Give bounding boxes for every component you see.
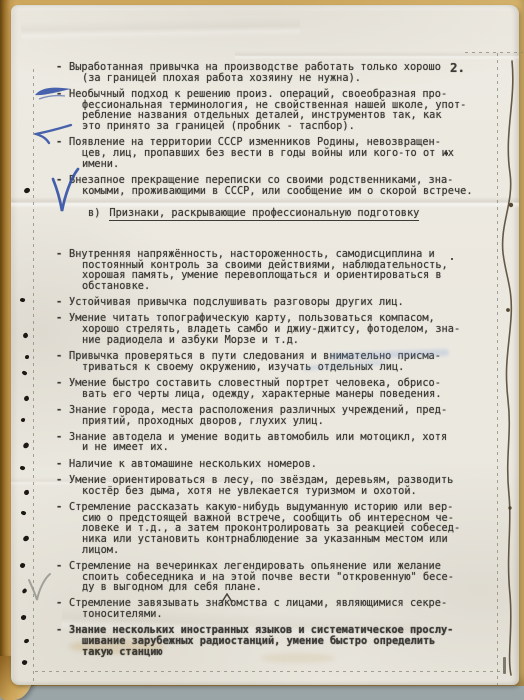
bullet-text: Стремление рассказать какую-нибудь выдум… xyxy=(69,502,484,556)
bullet-line: Стремление на вечеринках легендировать о… xyxy=(69,561,484,572)
bullet-text: Появление на территории СССР изменников … xyxy=(69,137,484,169)
stitch-hole xyxy=(25,355,30,360)
list-item: -Умение ориентироваться в лесу, по звёзд… xyxy=(56,475,484,496)
bullet-text: Наличие к автомашине нескольких номеров. xyxy=(69,459,484,470)
bullet-line: Необычный подход к решению произ. операц… xyxy=(69,89,484,100)
list-item: -Знание города, места расположения разли… xyxy=(56,405,484,426)
bullet-line: триваться к своему окружению, изучать от… xyxy=(69,362,484,373)
stitch-hole xyxy=(20,510,26,516)
list-item: -Стремление рассказать какую-нибудь выду… xyxy=(56,502,484,556)
list-item: -Стремление завязывать знакомства с лица… xyxy=(56,598,484,619)
stitch-hole xyxy=(21,659,28,666)
bottom-dashed-line xyxy=(35,671,505,672)
heading-prefix: в) xyxy=(88,207,100,219)
list-item: -Стремление на вечеринках легендировать … xyxy=(56,561,484,593)
bullet-text: Устойчивая привычка подслушивать разгово… xyxy=(69,297,484,308)
bullet-line: ние радиодела и азбуки Морзе и т.д. xyxy=(69,335,484,346)
bullet-line: ду в выгодном для себя плане. xyxy=(69,582,484,593)
bullet-dash: - xyxy=(56,89,69,132)
stitch-hole xyxy=(21,370,27,376)
bullet-dash: - xyxy=(56,378,69,399)
section-heading: в)Признаки, раскрывающие профессиональну… xyxy=(88,208,484,219)
stitch-hole xyxy=(22,332,29,339)
bullet-dash: - xyxy=(56,249,69,292)
stitch-hole xyxy=(19,465,25,471)
bullet-dash: - xyxy=(56,459,69,470)
bullet-line: приятий, проходных дворов, глухих улиц. xyxy=(69,416,484,427)
bullet-dash: - xyxy=(56,432,69,453)
bullet-line: Устойчивая привычка подслушивать разгово… xyxy=(69,297,484,308)
bullet-line: Внезапное прекращение переписки со своим… xyxy=(69,175,484,186)
bullet-line: (за границей плохая работа хозяину не ну… xyxy=(69,73,484,84)
list-item: -Устойчивая привычка подслушивать разгов… xyxy=(56,297,484,308)
bullet-line: имени. xyxy=(69,159,484,170)
bullet-text: Стремление на вечеринках легендировать о… xyxy=(69,561,484,593)
list-item: -Необычный подход к решению произ. опера… xyxy=(56,89,484,132)
list-item: -Знание нескольких иностранных языков и … xyxy=(56,625,484,657)
stitch-hole xyxy=(22,442,30,450)
document-page: 2. -Выработанная привычка на производств… xyxy=(11,5,519,685)
bullet-dash: - xyxy=(56,175,69,196)
bullet-text: Умение быстро составить словестный портр… xyxy=(69,378,484,399)
stitch-hole xyxy=(20,614,26,620)
bullet-list-main: -Внутренняя напряжённость, настороженнос… xyxy=(56,249,484,658)
left-margin-dashed-line xyxy=(33,69,34,681)
bullet-line: это принято за границей (пробник - таспб… xyxy=(69,121,484,132)
bullet-line: тоносителями. xyxy=(69,609,484,620)
bullet-line: такую станцию xyxy=(69,647,484,658)
bullet-line: ника или установить контрнаблюдение за у… xyxy=(69,534,484,545)
stitch-hole xyxy=(19,297,25,302)
bullet-dash: - xyxy=(56,405,69,426)
stitch-hole xyxy=(24,638,30,643)
scanned-page-scene: 2. -Выработанная привычка на производств… xyxy=(0,0,524,700)
bullet-line: обстановке. xyxy=(69,281,484,292)
bullet-line: костёр без дыма, хотя не увлекается тури… xyxy=(69,486,484,497)
bullet-dash: - xyxy=(56,502,69,556)
stitch-hole xyxy=(23,395,29,401)
bullet-text: Умение ориентироваться в лесу, по звёзда… xyxy=(69,475,484,496)
bullet-line: вать его черты лица, одежду, характерные… xyxy=(69,389,484,400)
stitch-hole xyxy=(21,588,27,594)
stitch-hole xyxy=(19,562,25,568)
bullet-line: лицом. xyxy=(69,545,484,556)
heading-title: Признаки, раскрывающие профессиональную … xyxy=(109,207,419,221)
text-block: -Выработанная привычка на производстве р… xyxy=(56,62,484,663)
list-item: -Выработанная привычка на производстве р… xyxy=(56,62,484,83)
bullet-line: Знание города, места расположения различ… xyxy=(69,405,484,416)
bullet-text: Умение читать топографическую карту, пол… xyxy=(69,313,484,345)
bullet-dash: - xyxy=(56,313,69,345)
stitch-hole xyxy=(22,535,30,542)
bullet-line: комыми, проживающими в СССР, или сообщен… xyxy=(69,186,484,197)
pencil-checkmark xyxy=(26,571,54,605)
bullet-list-top: -Выработанная привычка на производстве р… xyxy=(56,62,484,196)
bullet-dash: - xyxy=(56,598,69,619)
diagonal-crease xyxy=(20,4,301,53)
bullet-text: Внезапное прекращение переписки со своим… xyxy=(69,175,484,196)
bullet-line: Умение ориентироваться в лесу, по звёзда… xyxy=(69,475,484,486)
binding-thread xyxy=(495,53,521,678)
bullet-text: Знание нескольких иностранных языков и с… xyxy=(69,625,484,657)
bullet-text: Внутренняя напряжённость, настороженност… xyxy=(69,249,484,292)
bullet-text: Стремление завязывать знакомства с лицам… xyxy=(69,598,484,619)
stitch-hole xyxy=(23,187,30,193)
bullet-text: Необычный подход к решению произ. операц… xyxy=(69,89,484,132)
bullet-line: Наличие к автомашине нескольких номеров. xyxy=(69,459,484,470)
list-item: -Внезапное прекращение переписки со свои… xyxy=(56,175,484,196)
bullet-dash: - xyxy=(56,561,69,593)
bullet-text: Знание города, места расположения различ… xyxy=(69,405,484,426)
list-item: -Умение читать топографическую карту, по… xyxy=(56,313,484,345)
bullet-line: цев, лиц, пропавших без вести в годы вой… xyxy=(69,148,484,159)
bullet-line: Стремление рассказать какую-нибудь выдум… xyxy=(69,502,484,513)
stitch-hole xyxy=(24,490,30,496)
list-item: -Внутренняя напряжённость, настороженнос… xyxy=(56,249,484,292)
bullet-dash: - xyxy=(56,137,69,169)
list-item: -Умение быстро составить словестный порт… xyxy=(56,378,484,399)
bullet-dash: - xyxy=(56,62,69,83)
bullet-text: Выработанная привычка на производстве ра… xyxy=(69,62,484,83)
bullet-text: Знание автодела и умение водить автомоби… xyxy=(69,432,484,453)
bullet-dash: - xyxy=(56,475,69,496)
bullet-line: и не имеет их. xyxy=(69,442,484,453)
list-item: -Знание автодела и умение водить автомоб… xyxy=(56,432,484,453)
bullet-dash: - xyxy=(56,297,69,308)
bullet-dash: - xyxy=(56,351,69,372)
list-item: -Наличие к автомашине нескольких номеров… xyxy=(56,459,484,470)
stitch-hole xyxy=(21,418,26,423)
list-item: -Появление на территории СССР изменников… xyxy=(56,137,484,169)
bullet-dash: - xyxy=(56,625,69,657)
